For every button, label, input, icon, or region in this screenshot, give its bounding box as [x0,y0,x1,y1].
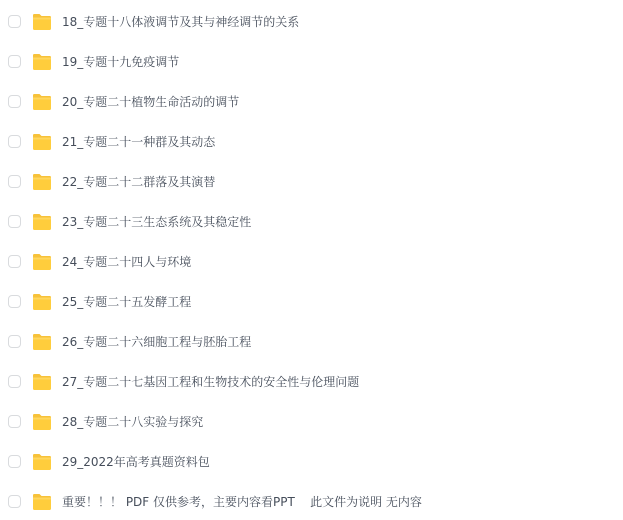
checkbox-icon[interactable] [8,15,21,28]
checkbox-icon[interactable] [8,255,21,268]
folder-icon [32,413,52,431]
file-list-item[interactable]: 18_专题十八体液调节及其与神经调节的关系 [0,2,623,42]
checkbox-icon[interactable] [8,175,21,188]
folder-icon [32,293,52,311]
folder-icon [32,213,52,231]
folder-icon [32,333,52,351]
file-list-item[interactable]: 28_专题二十八实验与探究 [0,402,623,442]
file-list-item[interactable]: 22_专题二十二群落及其演替 [0,162,623,202]
checkbox-icon[interactable] [8,415,21,428]
checkbox-icon[interactable] [8,455,21,468]
file-name[interactable]: 27_专题二十七基因工程和生物技术的安全性与伦理问题 [62,374,359,390]
checkbox-icon[interactable] [8,335,21,348]
folder-icon [32,173,52,191]
file-name[interactable]: 22_专题二十二群落及其演替 [62,174,215,190]
folder-icon [32,453,52,471]
file-name[interactable]: 18_专题十八体液调节及其与神经调节的关系 [62,14,299,30]
file-list-item[interactable]: 20_专题二十植物生命活动的调节 [0,82,623,122]
file-list-item[interactable]: 重要！！！ PDF 仅供参考，主要内容看PPT 此文件为说明 无内容 [0,482,623,520]
file-name[interactable]: 24_专题二十四人与环境 [62,254,191,270]
file-name[interactable]: 21_专题二十一种群及其动态 [62,134,215,150]
folder-icon [32,373,52,391]
file-list-item[interactable]: 23_专题二十三生态系统及其稳定性 [0,202,623,242]
checkbox-icon[interactable] [8,375,21,388]
checkbox-icon[interactable] [8,135,21,148]
file-list: 18_专题十八体液调节及其与神经调节的关系 19_专题十九免疫调节 20_专题二… [0,2,623,520]
file-name[interactable]: 19_专题十九免疫调节 [62,54,179,70]
file-list-item[interactable]: 26_专题二十六细胞工程与胚胎工程 [0,322,623,362]
file-name[interactable]: 20_专题二十植物生命活动的调节 [62,94,239,110]
checkbox-icon[interactable] [8,295,21,308]
checkbox-icon[interactable] [8,215,21,228]
checkbox-icon[interactable] [8,95,21,108]
file-name[interactable]: 25_专题二十五发酵工程 [62,294,191,310]
file-list-item[interactable]: 21_专题二十一种群及其动态 [0,122,623,162]
file-list-item[interactable]: 24_专题二十四人与环境 [0,242,623,282]
folder-icon [32,53,52,71]
folder-icon [32,133,52,151]
file-name[interactable]: 重要！！！ PDF 仅供参考，主要内容看PPT 此文件为说明 无内容 [62,494,422,510]
file-name[interactable]: 29_2022年高考真题资料包 [62,454,210,470]
file-list-item[interactable]: 29_2022年高考真题资料包 [0,442,623,482]
file-list-item[interactable]: 19_专题十九免疫调节 [0,42,623,82]
checkbox-icon[interactable] [8,495,21,508]
file-name[interactable]: 28_专题二十八实验与探究 [62,414,203,430]
file-list-item[interactable]: 25_专题二十五发酵工程 [0,282,623,322]
folder-icon [32,13,52,31]
file-list-item[interactable]: 27_专题二十七基因工程和生物技术的安全性与伦理问题 [0,362,623,402]
folder-icon [32,93,52,111]
folder-icon [32,493,52,511]
checkbox-icon[interactable] [8,55,21,68]
file-name[interactable]: 26_专题二十六细胞工程与胚胎工程 [62,334,251,350]
file-name[interactable]: 23_专题二十三生态系统及其稳定性 [62,214,251,230]
folder-icon [32,253,52,271]
